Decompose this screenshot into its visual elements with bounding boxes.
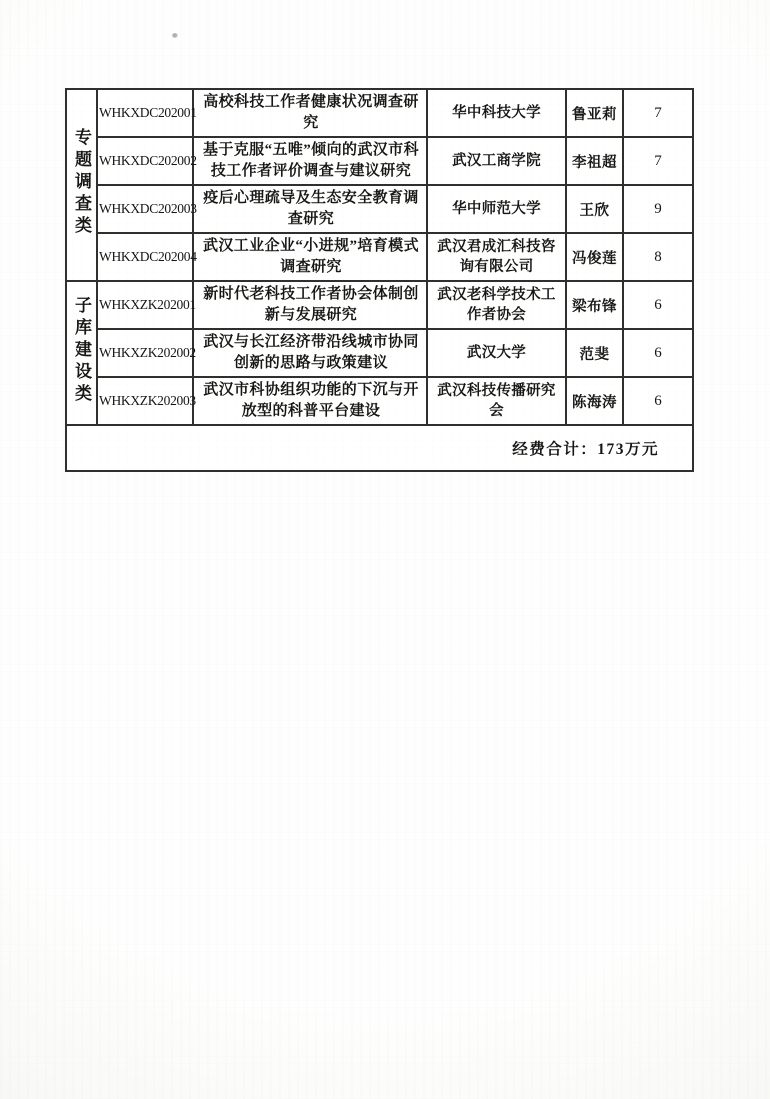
category-label: 子库建设类 (73, 296, 90, 406)
institution-cell: 武汉大学 (427, 329, 566, 377)
scanned-document-page: 专题调查类 WHKXDC202001 高校科技工作者健康状况调查研究 华中科技大… (0, 0, 770, 1099)
institution-cell: 武汉君成汇科技咨询有限公司 (427, 233, 566, 281)
institution-cell: 武汉科技传播研究会 (427, 377, 566, 425)
table-footer-row: 经费合计：173万元 (66, 425, 693, 471)
project-code-cell: WHKXDC202003 (97, 185, 193, 233)
leader-cell: 陈海涛 (566, 377, 623, 425)
funding-cell: 9 (623, 185, 693, 233)
category-label: 专题调查类 (73, 128, 90, 238)
project-title-cell: 新时代老科技工作者协会体制创新与发展研究 (193, 281, 427, 329)
project-title-cell: 疫后心理疏导及生态安全教育调查研究 (193, 185, 427, 233)
project-title-cell: 高校科技工作者健康状况调查研究 (193, 89, 427, 137)
leader-cell: 鲁亚莉 (566, 89, 623, 137)
funding-cell: 8 (623, 233, 693, 281)
funding-cell: 6 (623, 329, 693, 377)
funding-cell: 6 (623, 377, 693, 425)
leader-cell: 梁布锋 (566, 281, 623, 329)
leader-cell: 范斐 (566, 329, 623, 377)
scan-speck (172, 33, 178, 38)
funding-total: 经费合计：173万元 (66, 425, 693, 471)
leader-cell: 王欣 (566, 185, 623, 233)
institution-cell: 华中科技大学 (427, 89, 566, 137)
table-row: WHKXZK202003 武汉市科协组织功能的下沉与开放型的科普平台建设 武汉科… (66, 377, 693, 425)
institution-cell: 华中师范大学 (427, 185, 566, 233)
project-title-cell: 基于克服“五唯”倾向的武汉市科技工作者评价调查与建议研究 (193, 137, 427, 185)
project-code-cell: WHKXZK202002 (97, 329, 193, 377)
table-row: 专题调查类 WHKXDC202001 高校科技工作者健康状况调查研究 华中科技大… (66, 89, 693, 137)
project-code-cell: WHKXDC202004 (97, 233, 193, 281)
project-code-cell: WHKXDC202002 (97, 137, 193, 185)
project-title-cell: 武汉与长江经济带沿线城市协同创新的思路与政策建议 (193, 329, 427, 377)
funding-cell: 6 (623, 281, 693, 329)
funding-cell: 7 (623, 137, 693, 185)
leader-cell: 冯俊莲 (566, 233, 623, 281)
funding-cell: 7 (623, 89, 693, 137)
project-title-cell: 武汉市科协组织功能的下沉与开放型的科普平台建设 (193, 377, 427, 425)
project-code-cell: WHKXDC202001 (97, 89, 193, 137)
table-row: WHKXDC202003 疫后心理疏导及生态安全教育调查研究 华中师范大学 王欣… (66, 185, 693, 233)
institution-cell: 武汉工商学院 (427, 137, 566, 185)
table-row: 子库建设类 WHKXZK202001 新时代老科技工作者协会体制创新与发展研究 … (66, 281, 693, 329)
category-cell-sublibrary: 子库建设类 (66, 281, 97, 425)
institution-cell: 武汉老科学技术工作者协会 (427, 281, 566, 329)
leader-cell: 李祖超 (566, 137, 623, 185)
project-funding-table: 专题调查类 WHKXDC202001 高校科技工作者健康状况调查研究 华中科技大… (65, 88, 694, 472)
project-code-cell: WHKXZK202003 (97, 377, 193, 425)
project-code-cell: WHKXZK202001 (97, 281, 193, 329)
category-cell-special-survey: 专题调查类 (66, 89, 97, 281)
project-title-cell: 武汉工业企业“小进规”培育模式调查研究 (193, 233, 427, 281)
table-row: WHKXDC202004 武汉工业企业“小进规”培育模式调查研究 武汉君成汇科技… (66, 233, 693, 281)
table-row: WHKXDC202002 基于克服“五唯”倾向的武汉市科技工作者评价调查与建议研… (66, 137, 693, 185)
table-row: WHKXZK202002 武汉与长江经济带沿线城市协同创新的思路与政策建议 武汉… (66, 329, 693, 377)
